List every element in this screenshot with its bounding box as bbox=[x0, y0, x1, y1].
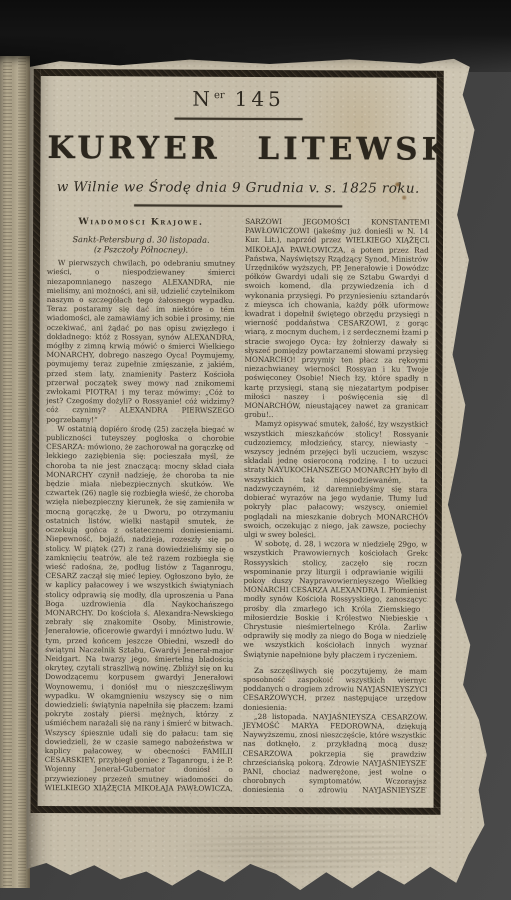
scanned-newspaper-photo: Ner145 KURYER LITEWSKI w Wilnie we Środę… bbox=[0, 0, 511, 900]
left-column-paragraphs: W pierwszych chwilach, po odebraniu smut… bbox=[45, 258, 235, 794]
issue-ordinal: er bbox=[214, 90, 225, 101]
masthead-dateline: w Wilnie we Środę dnia 9 Grudnia v. s. 1… bbox=[47, 179, 429, 197]
issue-number: Ner145 bbox=[48, 86, 430, 112]
left-column: Wiadomości Krajowe. Sankt-Petersburg d. … bbox=[45, 216, 236, 794]
right-column-paragraphs: SARZOWI JEGOMOŚCI KONSTANTEMU PAWŁOWICZO… bbox=[242, 217, 429, 795]
article-paragraph: W ostatnią dopiéro środę (25) zaczęła bi… bbox=[45, 424, 235, 795]
issue-prefix: N bbox=[192, 87, 214, 111]
article-source: (z Pszczoły Północney). bbox=[47, 244, 235, 255]
right-column: SARZOWI JEGOMOŚCI KONSTANTEMU PAWŁOWICZO… bbox=[243, 217, 430, 795]
show-through-text bbox=[176, 822, 447, 878]
printed-area: Ner145 KURYER LITEWSKI w Wilnie we Środę… bbox=[38, 76, 437, 808]
article-columns: Wiadomości Krajowe. Sankt-Petersburg d. … bbox=[45, 216, 430, 795]
masthead-rule-top bbox=[175, 118, 303, 121]
section-heading: Wiadomości Krajowe. bbox=[47, 218, 235, 228]
masthead: Ner145 KURYER LITEWSKI w Wilnie we Środę… bbox=[47, 86, 430, 208]
newspaper-page: Ner145 KURYER LITEWSKI w Wilnie we Środę… bbox=[26, 53, 508, 897]
masthead-rule-bottom bbox=[134, 204, 342, 207]
issue-value: 145 bbox=[235, 87, 285, 111]
article-paragraph: W sobotę, d. 28, i wczora w niedzielę 29… bbox=[243, 539, 429, 659]
article-dateline: Sankt-Petersburg d. 30 listopada. bbox=[47, 234, 235, 245]
top-shadow bbox=[0, 0, 511, 72]
article-paragraph: Za szczęśliwych się poczytujemy, że mamy… bbox=[243, 666, 429, 713]
ornamental-border-frame: Ner145 KURYER LITEWSKI w Wilnie we Środę… bbox=[31, 69, 444, 815]
article-paragraph: SARZOWI JEGOMOŚCI KONSTANTEMU PAWŁOWICZO… bbox=[244, 217, 429, 420]
paper-chip bbox=[473, 667, 482, 678]
article-paragraph: Mamyż opisywać smutek, żałość, łzy wszys… bbox=[244, 419, 429, 539]
article-paragraph: „28 listopada. NAYJAŚNIEYSZA CESARZOWA J… bbox=[242, 712, 429, 795]
previous-page-edge bbox=[0, 56, 30, 888]
newspaper-title: KURYER LITEWSKI bbox=[47, 130, 429, 168]
article-paragraph: W pierwszych chwilach, po odebraniu smut… bbox=[46, 258, 235, 424]
